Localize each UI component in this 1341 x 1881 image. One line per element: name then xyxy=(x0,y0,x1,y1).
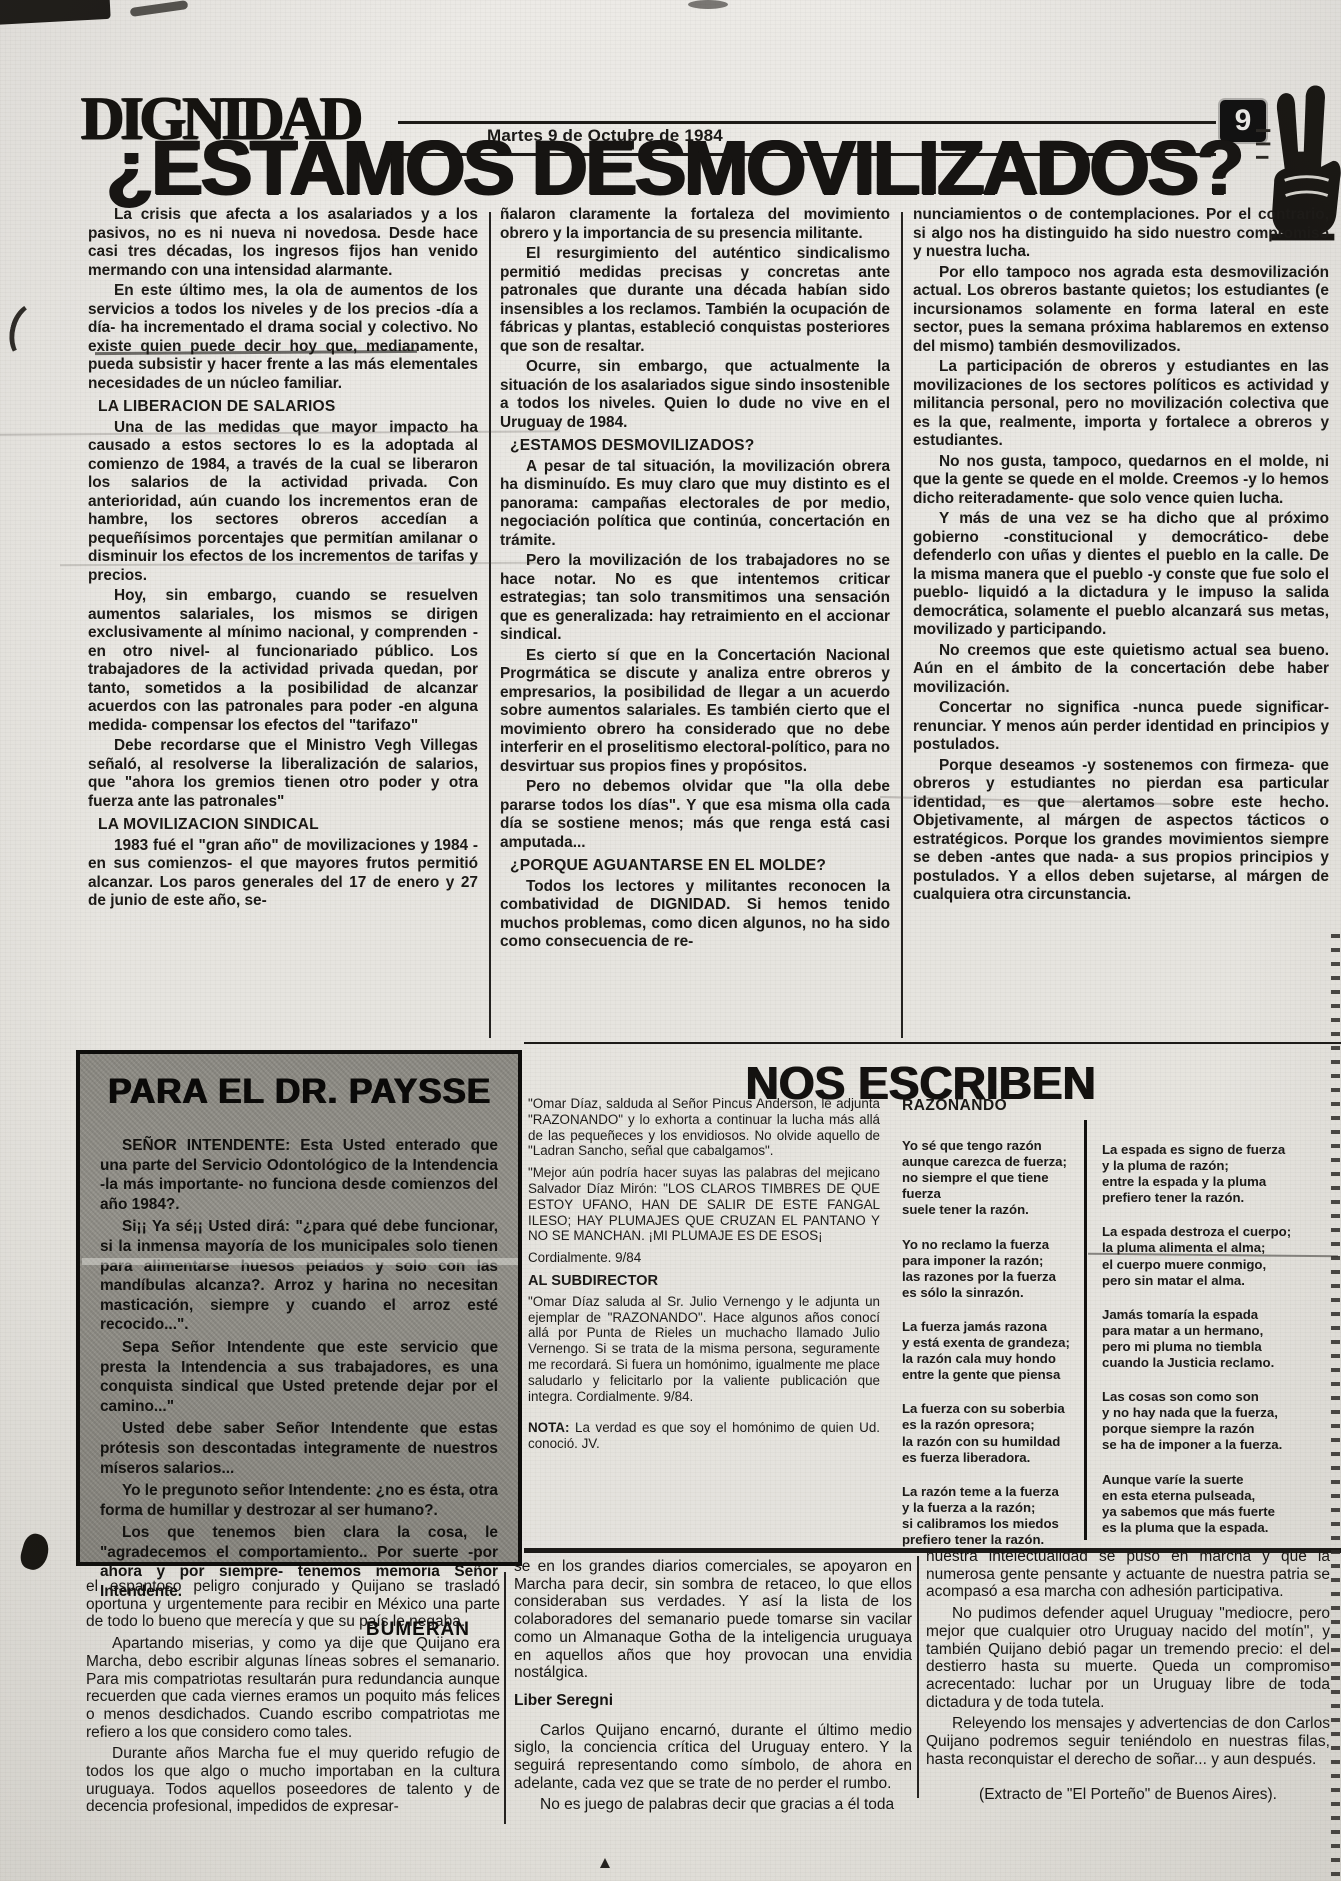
paragraph: 1983 fué el "gran año" de movilizaciones… xyxy=(88,837,478,911)
poem-stanza: La razón teme a la fuerza y la fuerza a … xyxy=(902,1484,1078,1548)
paragraph: A pesar de tal situación, la movilizació… xyxy=(500,458,890,551)
editor-note: NOTA: La verdad es que soy el homónimo d… xyxy=(528,1420,880,1452)
poem-stanza: Jamás tomaría la espada para matar a un … xyxy=(1102,1307,1330,1371)
letter-subhead: AL SUBDIRECTOR xyxy=(528,1274,880,1290)
letter-paragraph: "Mejor aún podría hacer suyas las palabr… xyxy=(528,1165,880,1244)
scan-artifact-smudge xyxy=(688,0,728,9)
scan-artifact-blob xyxy=(18,1531,53,1573)
main-article-column-2: ñalaron claramente la fortaleza del movi… xyxy=(500,206,890,954)
paragraph: Apartando miserias, y como ya dije que Q… xyxy=(86,1635,500,1741)
paragraph: Y más de una vez se ha dicho que al próx… xyxy=(913,510,1329,640)
paragraph: Hoy, sin embargo, cuando se resuelven au… xyxy=(88,587,478,735)
paragraph: La crisis que afecta a los asalariados y… xyxy=(88,206,478,280)
perforated-edge xyxy=(1331,934,1340,1881)
main-article-column-3: nunciamientos o de contemplaciones. Por … xyxy=(913,206,1329,907)
bottom-article-column-3: nuestra intelectualidad se puso en march… xyxy=(926,1548,1330,1808)
paysse-paragraph: Yo le pregunoto señor Intendente: ¿no es… xyxy=(100,1481,498,1520)
poem-column-left: RAZONANDO Yo sé que tengo razón aunque c… xyxy=(902,1098,1078,1566)
section-heading-liberacion: LA LIBERACION DE SALARIOS xyxy=(88,398,478,417)
paragraph: Es cierto sí que en la Concertación Naci… xyxy=(500,647,890,777)
extract-note: (Extracto de "El Porteño" de Buenos Aire… xyxy=(926,1786,1330,1804)
editor-note-text: La verdad es que soy el homónimo de quie… xyxy=(528,1420,880,1451)
paragraph: Carlos Quijano encarnó, durante el últim… xyxy=(514,1722,912,1793)
paragraph: Ocurre, sin embargo, que actualmente la … xyxy=(500,358,890,432)
middle-section-rule-top xyxy=(524,1042,1341,1044)
scan-artifact-smudge xyxy=(130,0,189,17)
bottom-article-column-1: el espantoso peligro conjurado y Quijano… xyxy=(86,1578,500,1820)
poem-stanza: La espada es signo de fuerza y la pluma … xyxy=(1102,1142,1330,1206)
paysse-paragraph: Si¡¡ Ya sé¡¡ Usted dirá: "¿para qué debe… xyxy=(100,1217,498,1335)
bottom-article-column-2: se en los grandes diarios comerciales, s… xyxy=(514,1558,912,1818)
paragraph: No pudimos defender aquel Uruguay "medio… xyxy=(926,1605,1330,1711)
paragraph: Una de las medidas que mayor impacto ha … xyxy=(88,419,478,586)
bottom-column-rule-2 xyxy=(917,1556,919,1798)
paragraph: Durante años Marcha fue el muy querido r… xyxy=(86,1745,500,1816)
column-rule-1 xyxy=(489,212,491,1038)
paragraph: Pero no debemos olvidar que "la olla deb… xyxy=(500,778,890,852)
letter-paragraph: "Omar Díaz saluda al Sr. Julio Vernengo … xyxy=(528,1294,880,1405)
paragraph: No nos gusta, tampoco, quedarnos en el m… xyxy=(913,453,1329,509)
editor-note-label: NOTA: xyxy=(528,1420,569,1435)
paysse-title: PARA EL DR. PAYSSE xyxy=(100,1072,498,1112)
poem-title: RAZONANDO xyxy=(902,1098,1078,1114)
paragraph: Releyendo los mensajes y advertencias de… xyxy=(926,1715,1330,1768)
main-headline: ¿ESTAMOS DESMOVILIZADOS? xyxy=(106,124,1246,213)
paragraph: nuestra intelectualidad se puso en march… xyxy=(926,1548,1330,1601)
paragraph: el espantoso peligro conjurado y Quijano… xyxy=(86,1578,500,1631)
paragraph: Porque deseamos -y sostenemos con firmez… xyxy=(913,757,1329,905)
section-heading-molde: ¿PORQUE AGUANTARSE EN EL MOLDE? xyxy=(500,857,890,876)
poem-stanza: La espada destroza el cuerpo; la pluma a… xyxy=(1102,1224,1330,1288)
paysse-paragraph: Sepa Señor Intendente que este servicio … xyxy=(100,1338,498,1416)
paragraph: Debe recordarse que el Ministro Vegh Vil… xyxy=(88,737,478,811)
newspaper-page: DIGNIDAD Martes 9 de Octubre de 1984 9 ¿… xyxy=(0,0,1341,1881)
poem-stanza: Yo no reclamo la fuerza para imponer la … xyxy=(902,1237,1078,1301)
bottom-column-rule-1 xyxy=(504,1572,506,1824)
paragraph: Por ello tampoco nos agrada esta desmovi… xyxy=(913,264,1329,357)
poem-stanza: Aunque varíe la suerte en esta eterna pu… xyxy=(1102,1472,1330,1536)
paragraph: Concertar no significa -nunca puede sign… xyxy=(913,699,1329,755)
paragraph: La participación de obreros y estudiante… xyxy=(913,358,1329,451)
letters-column: "Omar Díaz, salduda al Señor Pincus Ande… xyxy=(528,1096,880,1458)
letter-closing: Cordialmente. 9/84 xyxy=(528,1250,880,1266)
paragraph: se en los grandes diarios comerciales, s… xyxy=(514,1558,912,1682)
paragraph: El resurgimiento del auténtico sindicali… xyxy=(500,245,890,356)
poem-column-rule xyxy=(1084,1120,1087,1540)
paragraph: Pero la movilización de los trabajadores… xyxy=(500,552,890,645)
scan-artifact-mark xyxy=(3,298,59,367)
poem-stanza: Yo sé que tengo razón aunque carezca de … xyxy=(902,1138,1078,1218)
poem-stanza: Las cosas son como son y no hay nada que… xyxy=(1102,1389,1330,1453)
paragraph: No es juego de palabras decir que gracia… xyxy=(514,1796,912,1814)
section-heading-desmovilizados: ¿ESTAMOS DESMOVILIZADOS? xyxy=(500,437,890,456)
paragraph: ñalaron claramente la fortaleza del movi… xyxy=(500,206,890,243)
poem-column-right: La espada es signo de fuerza y la pluma … xyxy=(1102,1142,1330,1554)
paragraph: En este último mes, la ola de aumentos d… xyxy=(88,282,478,393)
letter-paragraph: "Omar Díaz, salduda al Señor Pincus Ande… xyxy=(528,1096,880,1159)
poem-stanza: La fuerza con su soberbia es la razón op… xyxy=(902,1401,1078,1465)
paragraph: No creemos que este quietismo actual sea… xyxy=(913,642,1329,698)
column-rule-2 xyxy=(901,212,903,1038)
section-heading-movilizacion: LA MOVILIZACION SINDICAL xyxy=(88,816,478,835)
poem-stanza: La fuerza jamás razona y está exenta de … xyxy=(902,1319,1078,1383)
paysse-paragraph: SEÑOR INTENDENTE: Esta Usted enterado qu… xyxy=(100,1136,498,1214)
main-article-column-1: La crisis que afecta a los asalariados y… xyxy=(88,206,478,913)
paragraph: Todos los lectores y militantes reconoce… xyxy=(500,878,890,952)
author-name: Liber Seregni xyxy=(514,1692,912,1710)
paysse-letter-box: PARA EL DR. PAYSSE SEÑOR INTENDENTE: Est… xyxy=(76,1050,522,1566)
scan-artifact-mark xyxy=(600,1858,610,1868)
paysse-paragraph: Usted debe saber Señor Intendente que es… xyxy=(100,1419,498,1478)
paragraph: nunciamientos o de contemplaciones. Por … xyxy=(913,206,1329,262)
scan-artifact-smudge xyxy=(0,0,111,25)
